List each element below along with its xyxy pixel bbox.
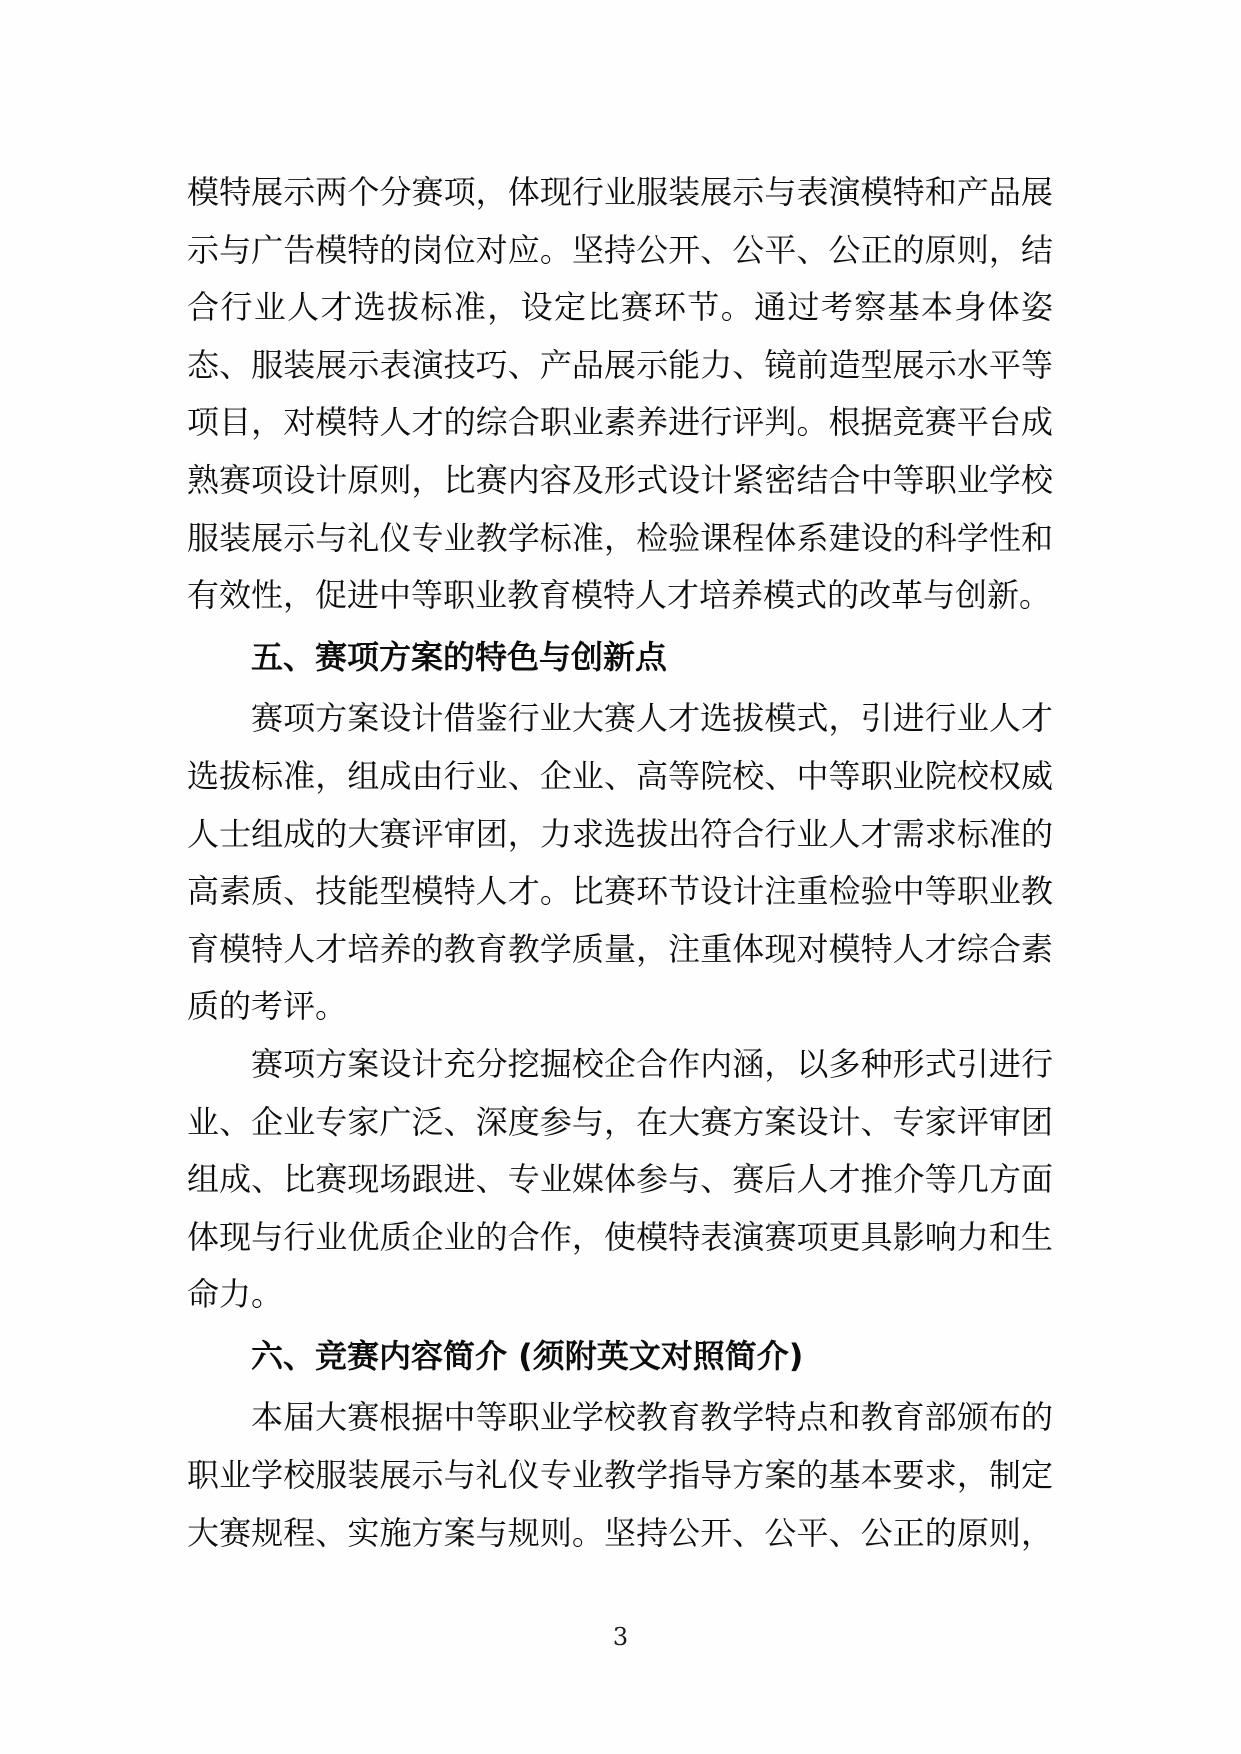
document-text-block: 模特展示两个分赛项，体现行业服装展示与表演模特和产品展示与广告模特的岗位对应。坚… [187, 164, 1053, 1562]
text-line: 命力。 [187, 1266, 1053, 1324]
text-line: 体现与行业优质企业的合作，使模特表演赛项更具影响力和生 [187, 1209, 1053, 1267]
text-line: 示与广告模特的岗位对应。坚持公开、公平、公正的原则，结 [187, 222, 1053, 280]
text-line: 选拔标准，组成由行业、企业、高等院校、中等职业院校权威 [187, 748, 1053, 806]
text-line: 育模特人才培养的教育教学质量，注重体现对模特人才综合素 [187, 921, 1053, 979]
text-line: 项目，对模特人才的综合职业素养进行评判。根据竞赛平台成 [187, 394, 1053, 452]
heading-section-6: 六、竞赛内容简介 (须附英文对照简介) [187, 1328, 1053, 1386]
text-line: 质的考评。 [187, 978, 1053, 1036]
text-line: 职业学校服装展示与礼仪专业教学指导方案的基本要求，制定 [187, 1447, 1053, 1505]
text-line: 人士组成的大赛评审团，力求选拔出符合行业人才需求标准的 [187, 806, 1053, 864]
text-line: 赛项方案设计借鉴行业大赛人才选拔模式，引进行业人才 [187, 690, 1053, 748]
document-page: 模特展示两个分赛项，体现行业服装展示与表演模特和产品展示与广告模特的岗位对应。坚… [0, 0, 1241, 1754]
page-number: 3 [613, 1623, 628, 1651]
text-line: 有效性，促进中等职业教育模特人才培养模式的改革与创新。 [187, 567, 1053, 625]
text-line: 高素质、技能型模特人才。比赛环节设计注重检验中等职业教 [187, 863, 1053, 921]
text-line: 态、服装展示表演技巧、产品展示能力、镜前造型展示水平等 [187, 337, 1053, 395]
text-line: 熟赛项设计原则，比赛内容及形式设计紧密结合中等职业学校 [187, 452, 1053, 510]
heading-section-5: 五、赛项方案的特色与创新点 [187, 629, 1053, 687]
text-line: 本届大赛根据中等职业学校教育教学特点和教育部颁布的 [187, 1389, 1053, 1447]
text-line: 组成、比赛现场跟进、专业媒体参与、赛后人才推介等几方面 [187, 1151, 1053, 1209]
page-footer: 3 [0, 1620, 1241, 1654]
text-line: 合行业人才选拔标准，设定比赛环节。通过考察基本身体姿 [187, 279, 1053, 337]
text-line: 服装展示与礼仪专业教学标准，检验课程体系建设的科学性和 [187, 510, 1053, 568]
text-line: 赛项方案设计充分挖掘校企合作内涵，以多种形式引进行 [187, 1036, 1053, 1094]
text-line: 业、企业专家广泛、深度参与，在大赛方案设计、专家评审团 [187, 1094, 1053, 1152]
text-line: 大赛规程、实施方案与规则。坚持公开、公平、公正的原则， [187, 1505, 1053, 1563]
text-line: 模特展示两个分赛项，体现行业服装展示与表演模特和产品展 [187, 164, 1053, 222]
